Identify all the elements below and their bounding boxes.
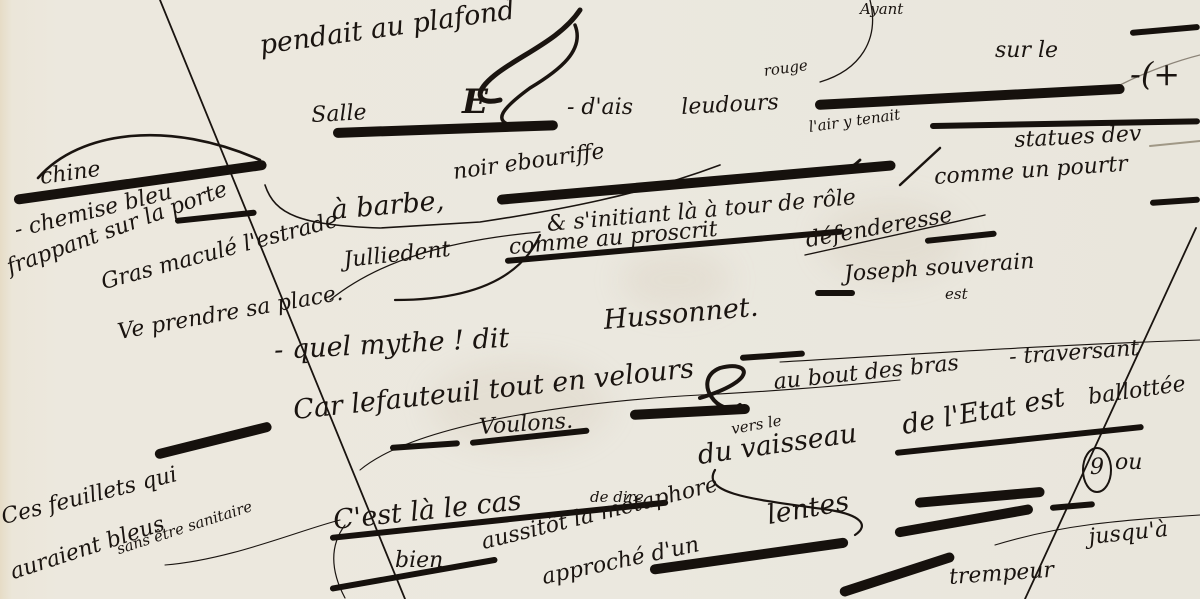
strikethrough-mark bbox=[815, 290, 855, 296]
manuscript-word: -(+ bbox=[1130, 55, 1180, 93]
circled-numeral: 9 bbox=[1090, 455, 1104, 480]
manuscript-word: Salle bbox=[311, 100, 368, 128]
loop-stroke bbox=[700, 366, 744, 408]
manuscript-word: Ayant bbox=[860, 0, 903, 18]
loop-stroke bbox=[502, 25, 577, 125]
manuscript-word: E bbox=[462, 82, 488, 122]
manuscript-word: - d'ais bbox=[567, 95, 633, 120]
manuscript-word: est bbox=[945, 285, 968, 303]
faint-stroke bbox=[1150, 141, 1200, 146]
manuscript-word: ou bbox=[1115, 450, 1142, 475]
manuscript-word: sur le bbox=[995, 38, 1058, 63]
manuscript-page: Ayant pendait au plafond Salle E - d'ais… bbox=[0, 0, 1200, 599]
manuscript-word: bien bbox=[395, 548, 443, 573]
manuscript-word: leudours bbox=[681, 90, 780, 120]
